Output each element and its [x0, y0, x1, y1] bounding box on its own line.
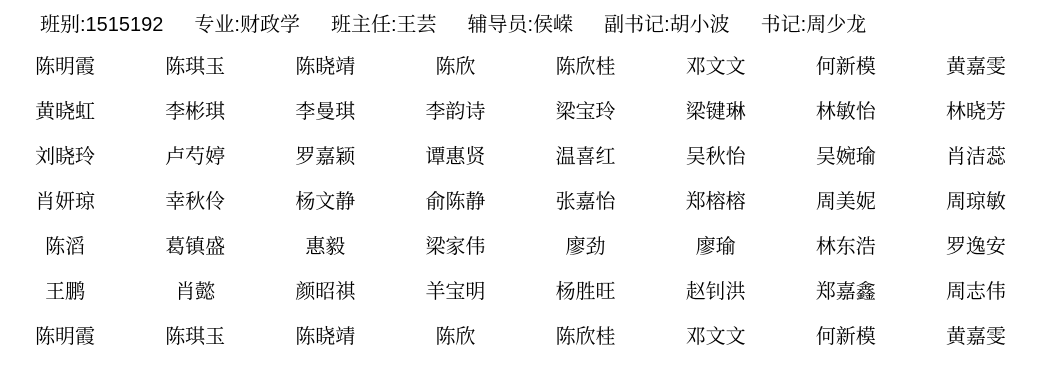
- student-name: 黄嘉雯: [911, 315, 1041, 360]
- student-name: 俞陈静: [390, 180, 520, 225]
- student-name: 惠毅: [260, 225, 390, 270]
- student-name: 李韵诗: [390, 90, 520, 135]
- student-name: 罗嘉颖: [260, 135, 390, 180]
- header-field-counselor: 辅导员:侯嵘: [468, 8, 574, 37]
- student-name: 卢芍婷: [130, 135, 260, 180]
- header-field-class-id: 班别:1515192: [40, 8, 163, 37]
- student-name: 陈欣桂: [521, 315, 651, 360]
- student-name: 郑榕榕: [651, 180, 781, 225]
- student-name: 邓文文: [651, 45, 781, 90]
- student-name: 吴秋怡: [651, 135, 781, 180]
- student-name: 颜昭祺: [260, 270, 390, 315]
- student-name: 林晓芳: [911, 90, 1041, 135]
- student-name: 陈晓靖: [260, 45, 390, 90]
- student-name: 陈明霞: [0, 315, 130, 360]
- student-name: 杨胜旺: [521, 270, 651, 315]
- student-name: 陈滔: [0, 225, 130, 270]
- student-name: 杨文静: [260, 180, 390, 225]
- student-name: 葛镇盛: [130, 225, 260, 270]
- student-name: 李彬琪: [130, 90, 260, 135]
- student-name: 张嘉怡: [521, 180, 651, 225]
- student-name: 周志伟: [911, 270, 1041, 315]
- student-name: 王鹏: [0, 270, 130, 315]
- student-name: 林敏怡: [781, 90, 911, 135]
- student-name: 周琼敏: [911, 180, 1041, 225]
- student-name: 陈琪玉: [130, 315, 260, 360]
- student-name: 幸秋伶: [130, 180, 260, 225]
- student-name: 郑嘉鑫: [781, 270, 911, 315]
- student-name: 黄晓虹: [0, 90, 130, 135]
- student-name: 陈晓靖: [260, 315, 390, 360]
- class-info-header: 班别:1515192 专业:财政学 班主任:王芸 辅导员:侯嵘 副书记:胡小波 …: [0, 0, 1041, 45]
- header-field-deputy-secretary: 副书记:胡小波: [604, 8, 730, 37]
- student-name: 梁宝玲: [521, 90, 651, 135]
- student-name-grid: 陈明霞 陈琪玉 陈晓靖 陈欣 陈欣桂 邓文文 何新模 黄嘉雯 黄晓虹 李彬琪 李…: [0, 45, 1041, 360]
- student-name: 黄嘉雯: [911, 45, 1041, 90]
- student-name: 陈欣桂: [521, 45, 651, 90]
- student-name: 周美妮: [781, 180, 911, 225]
- student-name: 谭惠贤: [390, 135, 520, 180]
- header-field-major: 专业:财政学: [194, 8, 300, 37]
- student-name: 陈明霞: [0, 45, 130, 90]
- student-name: 刘晓玲: [0, 135, 130, 180]
- student-name: 罗逸安: [911, 225, 1041, 270]
- student-name: 肖懿: [130, 270, 260, 315]
- student-name: 廖瑜: [651, 225, 781, 270]
- student-name: 陈欣: [390, 315, 520, 360]
- student-name: 肖洁蕊: [911, 135, 1041, 180]
- header-field-head-teacher: 班主任:王芸: [331, 8, 437, 37]
- student-name: 肖妍琼: [0, 180, 130, 225]
- student-name: 温喜红: [521, 135, 651, 180]
- student-name: 羊宝明: [390, 270, 520, 315]
- student-name: 赵钊洪: [651, 270, 781, 315]
- student-name: 梁家伟: [390, 225, 520, 270]
- student-name: 梁键琳: [651, 90, 781, 135]
- student-name: 李曼琪: [260, 90, 390, 135]
- student-name: 陈琪玉: [130, 45, 260, 90]
- student-name: 邓文文: [651, 315, 781, 360]
- student-name: 何新模: [781, 45, 911, 90]
- student-name: 吴婉瑜: [781, 135, 911, 180]
- header-field-secretary: 书记:周少龙: [761, 8, 867, 37]
- student-name: 陈欣: [390, 45, 520, 90]
- student-name: 林东浩: [781, 225, 911, 270]
- student-name: 何新模: [781, 315, 911, 360]
- student-name: 廖劲: [521, 225, 651, 270]
